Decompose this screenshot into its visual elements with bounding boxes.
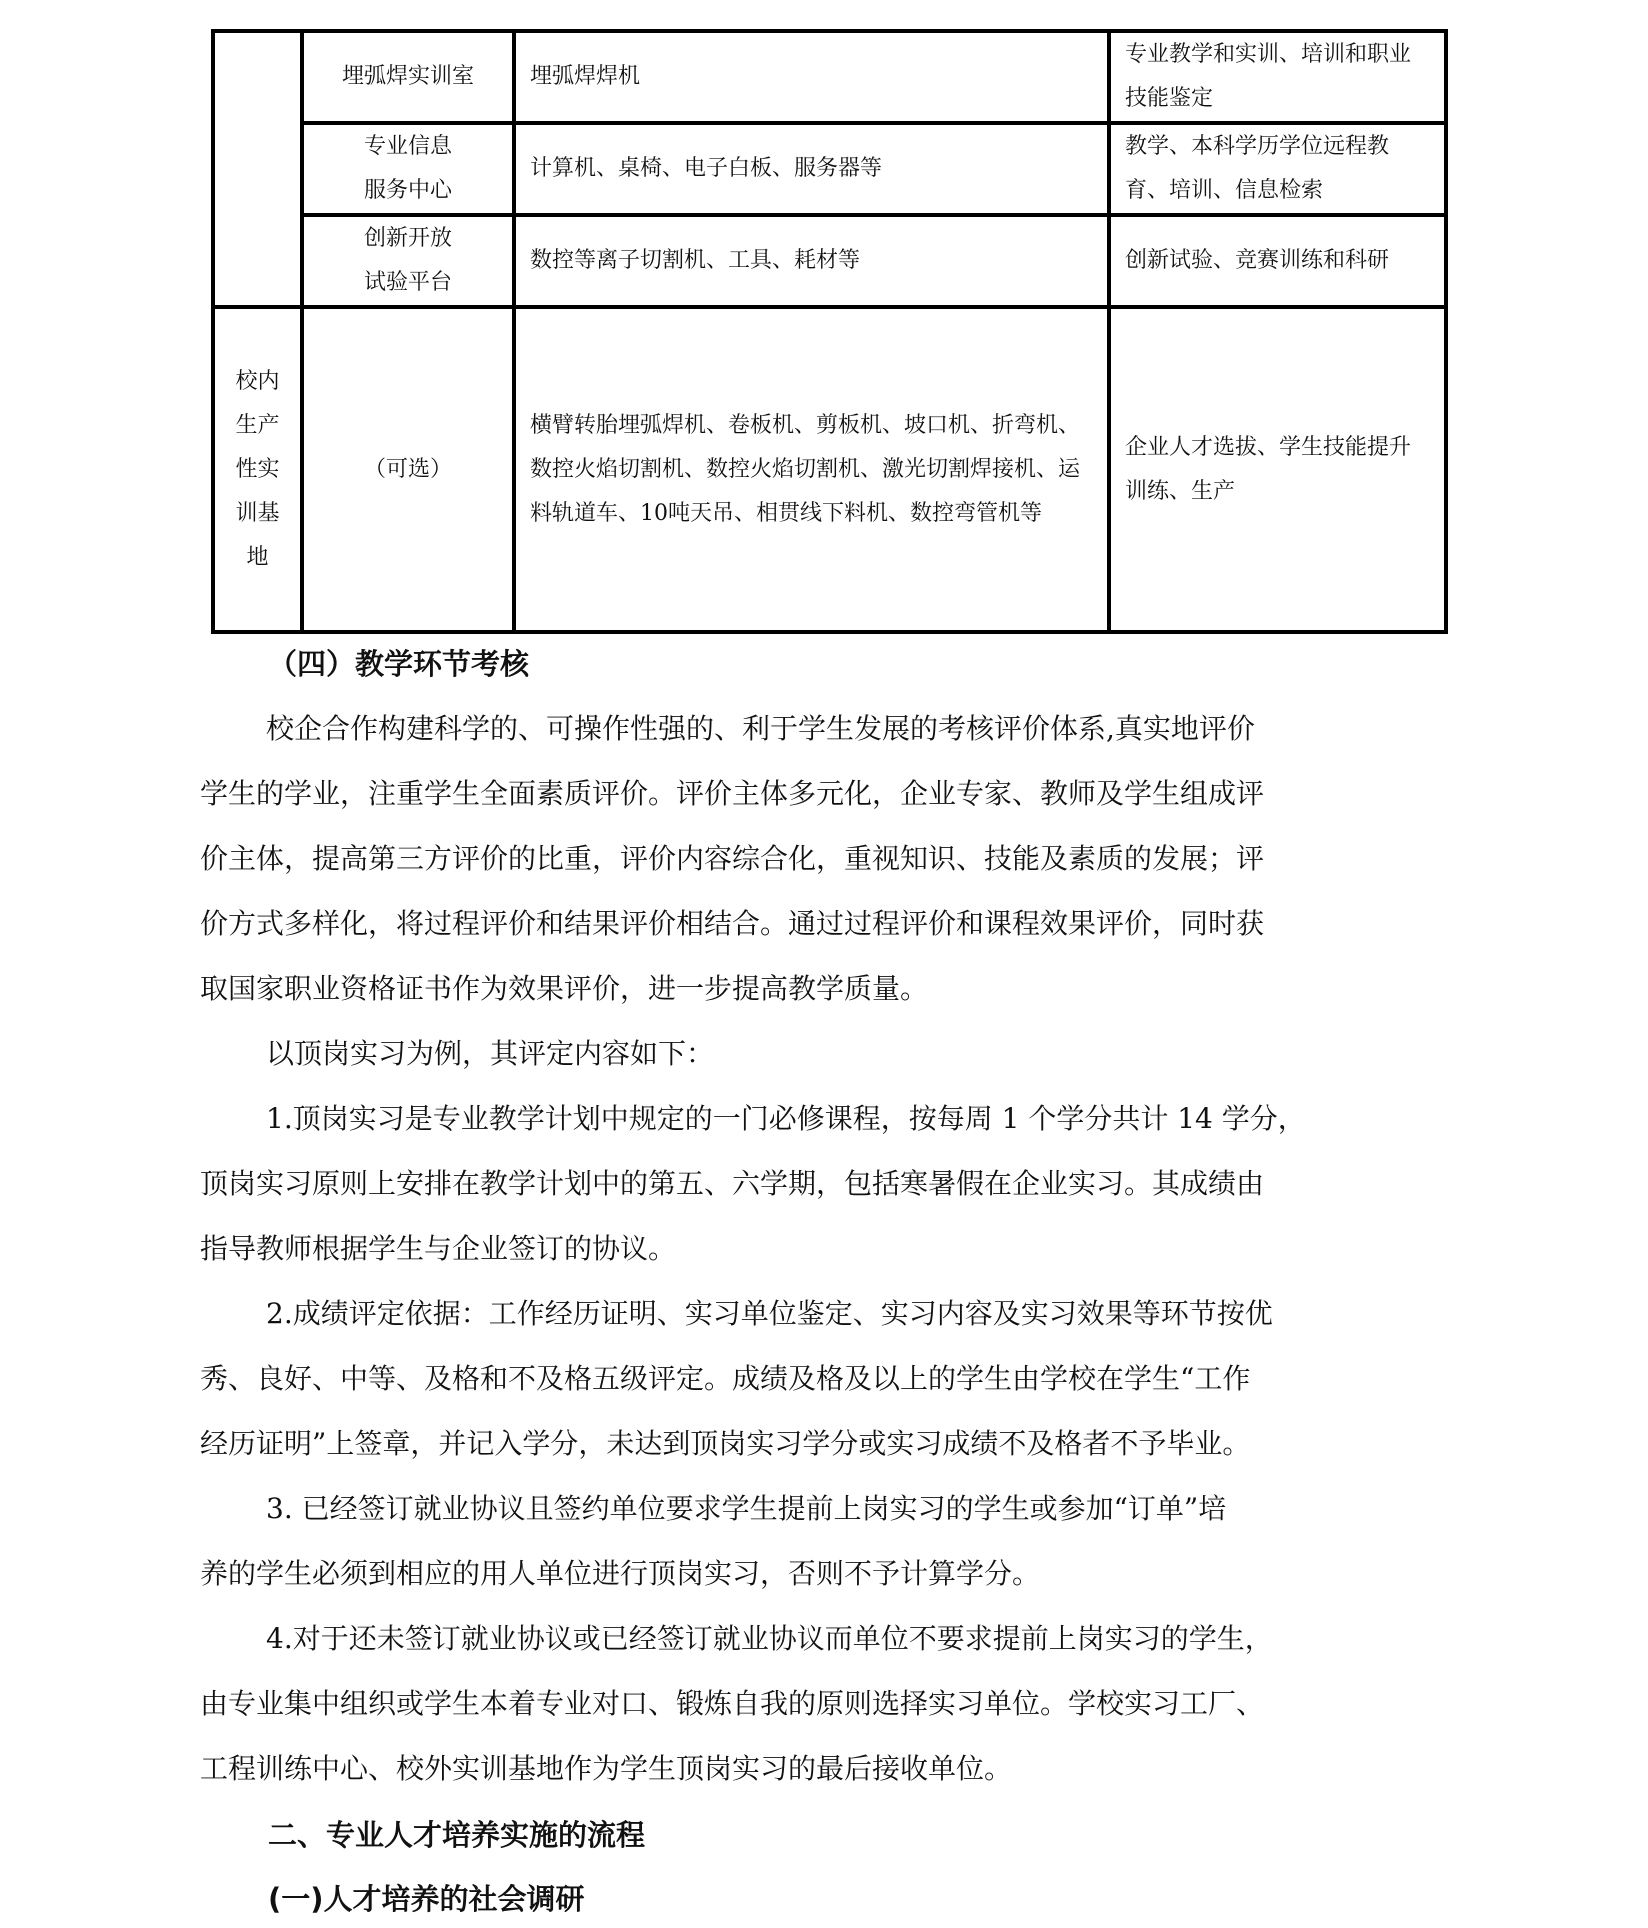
category-line: 性实 bbox=[229, 448, 286, 492]
text-line: 4.对于还未签订就业协议或已经签订就业协议而单位不要求提前上岗实习的学生， bbox=[200, 1606, 1462, 1671]
text-line: 1.顶岗实习是专业教学计划中规定的一门必修课程，按每周 1 个学分共计 14 学… bbox=[200, 1086, 1462, 1151]
text-line: 校企合作构建科学的、可操作性强的、利于学生发展的考核评价体系,真实地评价 bbox=[200, 696, 1462, 761]
text-line: 取国家职业资格证书作为效果评价，进一步提高教学质量。 bbox=[200, 956, 1462, 1021]
facility-name-cell: 专业信息 服务中心 bbox=[302, 123, 514, 215]
equipment-cell: 横臂转胎埋弧焊机、卷板机、剪板机、坡口机、折弯机、数控火焰切割机、数控火焰切割机… bbox=[514, 307, 1109, 632]
item-4-paragraph: 4.对于还未签订就业协议或已经签订就业协议而单位不要求提前上岗实习的学生， 由专… bbox=[200, 1606, 1462, 1801]
table-row: 专业信息 服务中心 计算机、桌椅、电子白板、服务器等 教学、本科学历学位远程教育… bbox=[213, 123, 1446, 215]
text-line: 3. 已经签订就业协议且签约单位要求学生提前上岗实习的学生或参加“订单”培 bbox=[200, 1476, 1462, 1541]
category-cell-empty bbox=[213, 31, 302, 307]
function-cell: 创新试验、竞赛训练和科研 bbox=[1109, 215, 1446, 307]
intro-paragraph: 校企合作构建科学的、可操作性强的、利于学生发展的考核评价体系,真实地评价 学生的… bbox=[200, 696, 1462, 1086]
equipment-cell: 埋弧焊焊机 bbox=[514, 31, 1109, 123]
text-line: 工程训练中心、校外实训基地作为学生顶岗实习的最后接收单位。 bbox=[200, 1736, 1462, 1801]
text-line: 经历证明”上签章，并记入学分，未达到顶岗实习学分或实习成绩不及格者不予毕业。 bbox=[200, 1411, 1462, 1476]
text-line: 价主体，提高第三方评价的比重，评价内容综合化，重视知识、技能及素质的发展；评 bbox=[200, 826, 1462, 891]
text-line: 指导教师根据学生与企业签订的协议。 bbox=[200, 1216, 1462, 1281]
function-cell: 教学、本科学历学位远程教育、培训、信息检索 bbox=[1109, 123, 1446, 215]
table-row: 埋弧焊实训室 埋弧焊焊机 专业教学和实训、培训和职业技能鉴定 bbox=[213, 31, 1446, 123]
facility-name-cell: 创新开放 试验平台 bbox=[302, 215, 514, 307]
text-line: 秀、良好、中等、及格和不及格五级评定。成绩及格及以上的学生由学校在学生“工作 bbox=[200, 1346, 1462, 1411]
text-line: 养的学生必须到相应的用人单位进行顶岗实习，否则不予计算学分。 bbox=[200, 1541, 1462, 1606]
equipment-cell: 计算机、桌椅、电子白板、服务器等 bbox=[514, 123, 1109, 215]
facility-name-cell: 埋弧焊实训室 bbox=[302, 31, 514, 123]
training-facilities-table: 埋弧焊实训室 埋弧焊焊机 专业教学和实训、培训和职业技能鉴定 专业信息 服务中心… bbox=[211, 29, 1448, 634]
facility-name-line: 创新开放 bbox=[318, 217, 498, 261]
item-1-paragraph: 1.顶岗实习是专业教学计划中规定的一门必修课程，按每周 1 个学分共计 14 学… bbox=[200, 1086, 1462, 1281]
text-line: 2.成绩评定依据：工作经历证明、实习单位鉴定、实习内容及实习效果等环节按优 bbox=[200, 1281, 1462, 1346]
example-line: 以顶岗实习为例，其评定内容如下： bbox=[200, 1021, 1462, 1086]
section-heading-assessment: （四）教学环节考核 bbox=[268, 642, 529, 683]
subsection-heading-research: (一)人才培养的社会调研 bbox=[268, 1877, 585, 1918]
function-cell: 专业教学和实训、培训和职业技能鉴定 bbox=[1109, 31, 1446, 123]
category-line: 训基 bbox=[229, 492, 286, 536]
item-3-paragraph: 3. 已经签订就业协议且签约单位要求学生提前上岗实习的学生或参加“订单”培 养的… bbox=[200, 1476, 1462, 1606]
facility-name-line: 服务中心 bbox=[318, 169, 498, 213]
text-line: 顶岗实习原则上安排在教学计划中的第五、六学期，包括寒暑假在企业实习。其成绩由 bbox=[200, 1151, 1462, 1216]
category-line: 地 bbox=[229, 536, 286, 580]
text-line: 由专业集中组织或学生本着专业对口、锻炼自我的原则选择实习单位。学校实习工厂、 bbox=[200, 1671, 1462, 1736]
equipment-cell: 数控等离子切割机、工具、耗材等 bbox=[514, 215, 1109, 307]
facility-name-cell: （可选） bbox=[302, 307, 514, 632]
category-line: 生产 bbox=[229, 404, 286, 448]
facility-name-line: 专业信息 bbox=[318, 125, 498, 169]
function-cell: 企业人才选拔、学生技能提升训练、生产 bbox=[1109, 307, 1446, 632]
text-line: 价方式多样化，将过程评价和结果评价相结合。通过过程评价和课程效果评价，同时获 bbox=[200, 891, 1462, 956]
category-line: 校内 bbox=[229, 360, 286, 404]
table-row: 创新开放 试验平台 数控等离子切割机、工具、耗材等 创新试验、竞赛训练和科研 bbox=[213, 215, 1446, 307]
section-heading-process: 二、专业人才培养实施的流程 bbox=[268, 1813, 645, 1854]
category-cell: 校内 生产 性实 训基 地 bbox=[213, 307, 302, 632]
table-row: 校内 生产 性实 训基 地 （可选） 横臂转胎埋弧焊机、卷板机、剪板机、坡口机、… bbox=[213, 307, 1446, 632]
text-line: 学生的学业，注重学生全面素质评价。评价主体多元化，企业专家、教师及学生组成评 bbox=[200, 761, 1462, 826]
facility-name-line: 试验平台 bbox=[318, 261, 498, 305]
item-2-paragraph: 2.成绩评定依据：工作经历证明、实习单位鉴定、实习内容及实习效果等环节按优 秀、… bbox=[200, 1281, 1462, 1476]
